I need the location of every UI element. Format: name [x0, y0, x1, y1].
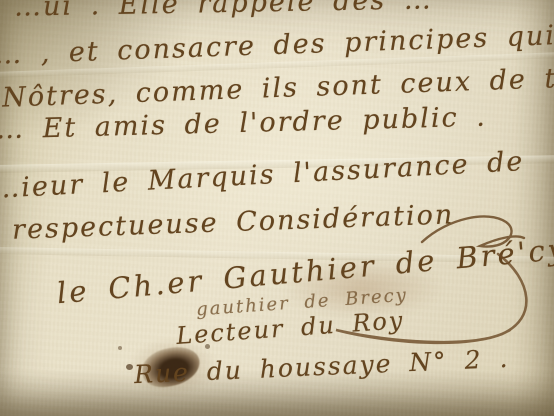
closing-line-1: …ieur le Marquis l'assurance de — [0, 146, 525, 205]
handwriting-line-2: … , et consacre des principes qui — [0, 20, 554, 71]
address-line: Rue du houssaye N° 2 . — [134, 344, 510, 389]
handwriting-line-1: …ui . Elle rappele des … — [14, 0, 433, 23]
ink-speck — [126, 364, 133, 370]
closing-line-2: respectueuse Considération — [12, 199, 455, 245]
ink-speck — [118, 346, 122, 350]
paper-shadow-right — [514, 0, 554, 416]
manuscript-letter-photo: …ui . Elle rappele des … … , et consacre… — [0, 0, 554, 416]
